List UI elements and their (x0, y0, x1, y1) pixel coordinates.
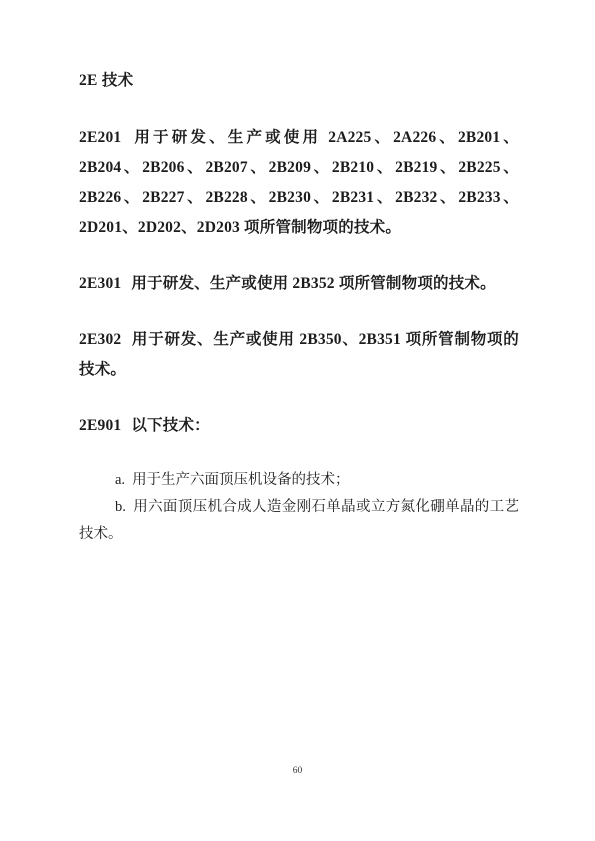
entry-text: 用于研发、生产或使用 2B350、2B351 项所管制物项的技术。 (79, 331, 519, 378)
list-item-text: 用于生产六面顶压机设备的技术； (132, 472, 350, 488)
entry-2e201: 2E201用于研发、生产或使用 2A225、2A226、2B201、2B204、… (79, 123, 519, 243)
list-item-label: b. (115, 499, 126, 515)
entry-2e301: 2E301用于研发、生产或使用 2B352 项所管制物项的技术。 (79, 269, 519, 299)
entry-text: 用于研发、生产或使用 2B352 项所管制物项的技术。 (131, 275, 496, 292)
list-item-a: a.用于生产六面顶压机设备的技术； (79, 467, 519, 494)
list-item-b: b.用六面顶压机合成人造金刚石单晶或立方氮化硼单晶的工艺技术。 (79, 494, 519, 548)
page-number: 60 (0, 766, 595, 776)
entry-2e901: 2E901以下技术： (79, 411, 519, 441)
entry-2e302: 2E302用于研发、生产或使用 2B350、2B351 项所管制物项的技术。 (79, 325, 519, 385)
entry-code: 2E301 (79, 275, 121, 292)
page-content: 2E 技术 2E201用于研发、生产或使用 2A225、2A226、2B201、… (79, 66, 519, 548)
entry-code: 2E201 (79, 129, 121, 146)
section-heading: 2E 技术 (79, 66, 519, 96)
entry-code: 2E302 (79, 331, 121, 348)
list-item-label: a. (115, 472, 125, 488)
entry-text: 用于研发、生产或使用 2A225、2A226、2B201、2B204、2B206… (79, 129, 519, 236)
document-page: 2E 技术 2E201用于研发、生产或使用 2A225、2A226、2B201、… (0, 0, 595, 841)
entry-text: 以下技术： (131, 417, 210, 434)
entry-code: 2E901 (79, 417, 121, 434)
list-item-text: 用六面顶压机合成人造金刚石单晶或立方氮化硼单晶的工艺技术。 (79, 499, 519, 542)
entry-2e901-sublist: a.用于生产六面顶压机设备的技术； b.用六面顶压机合成人造金刚石单晶或立方氮化… (79, 467, 519, 548)
